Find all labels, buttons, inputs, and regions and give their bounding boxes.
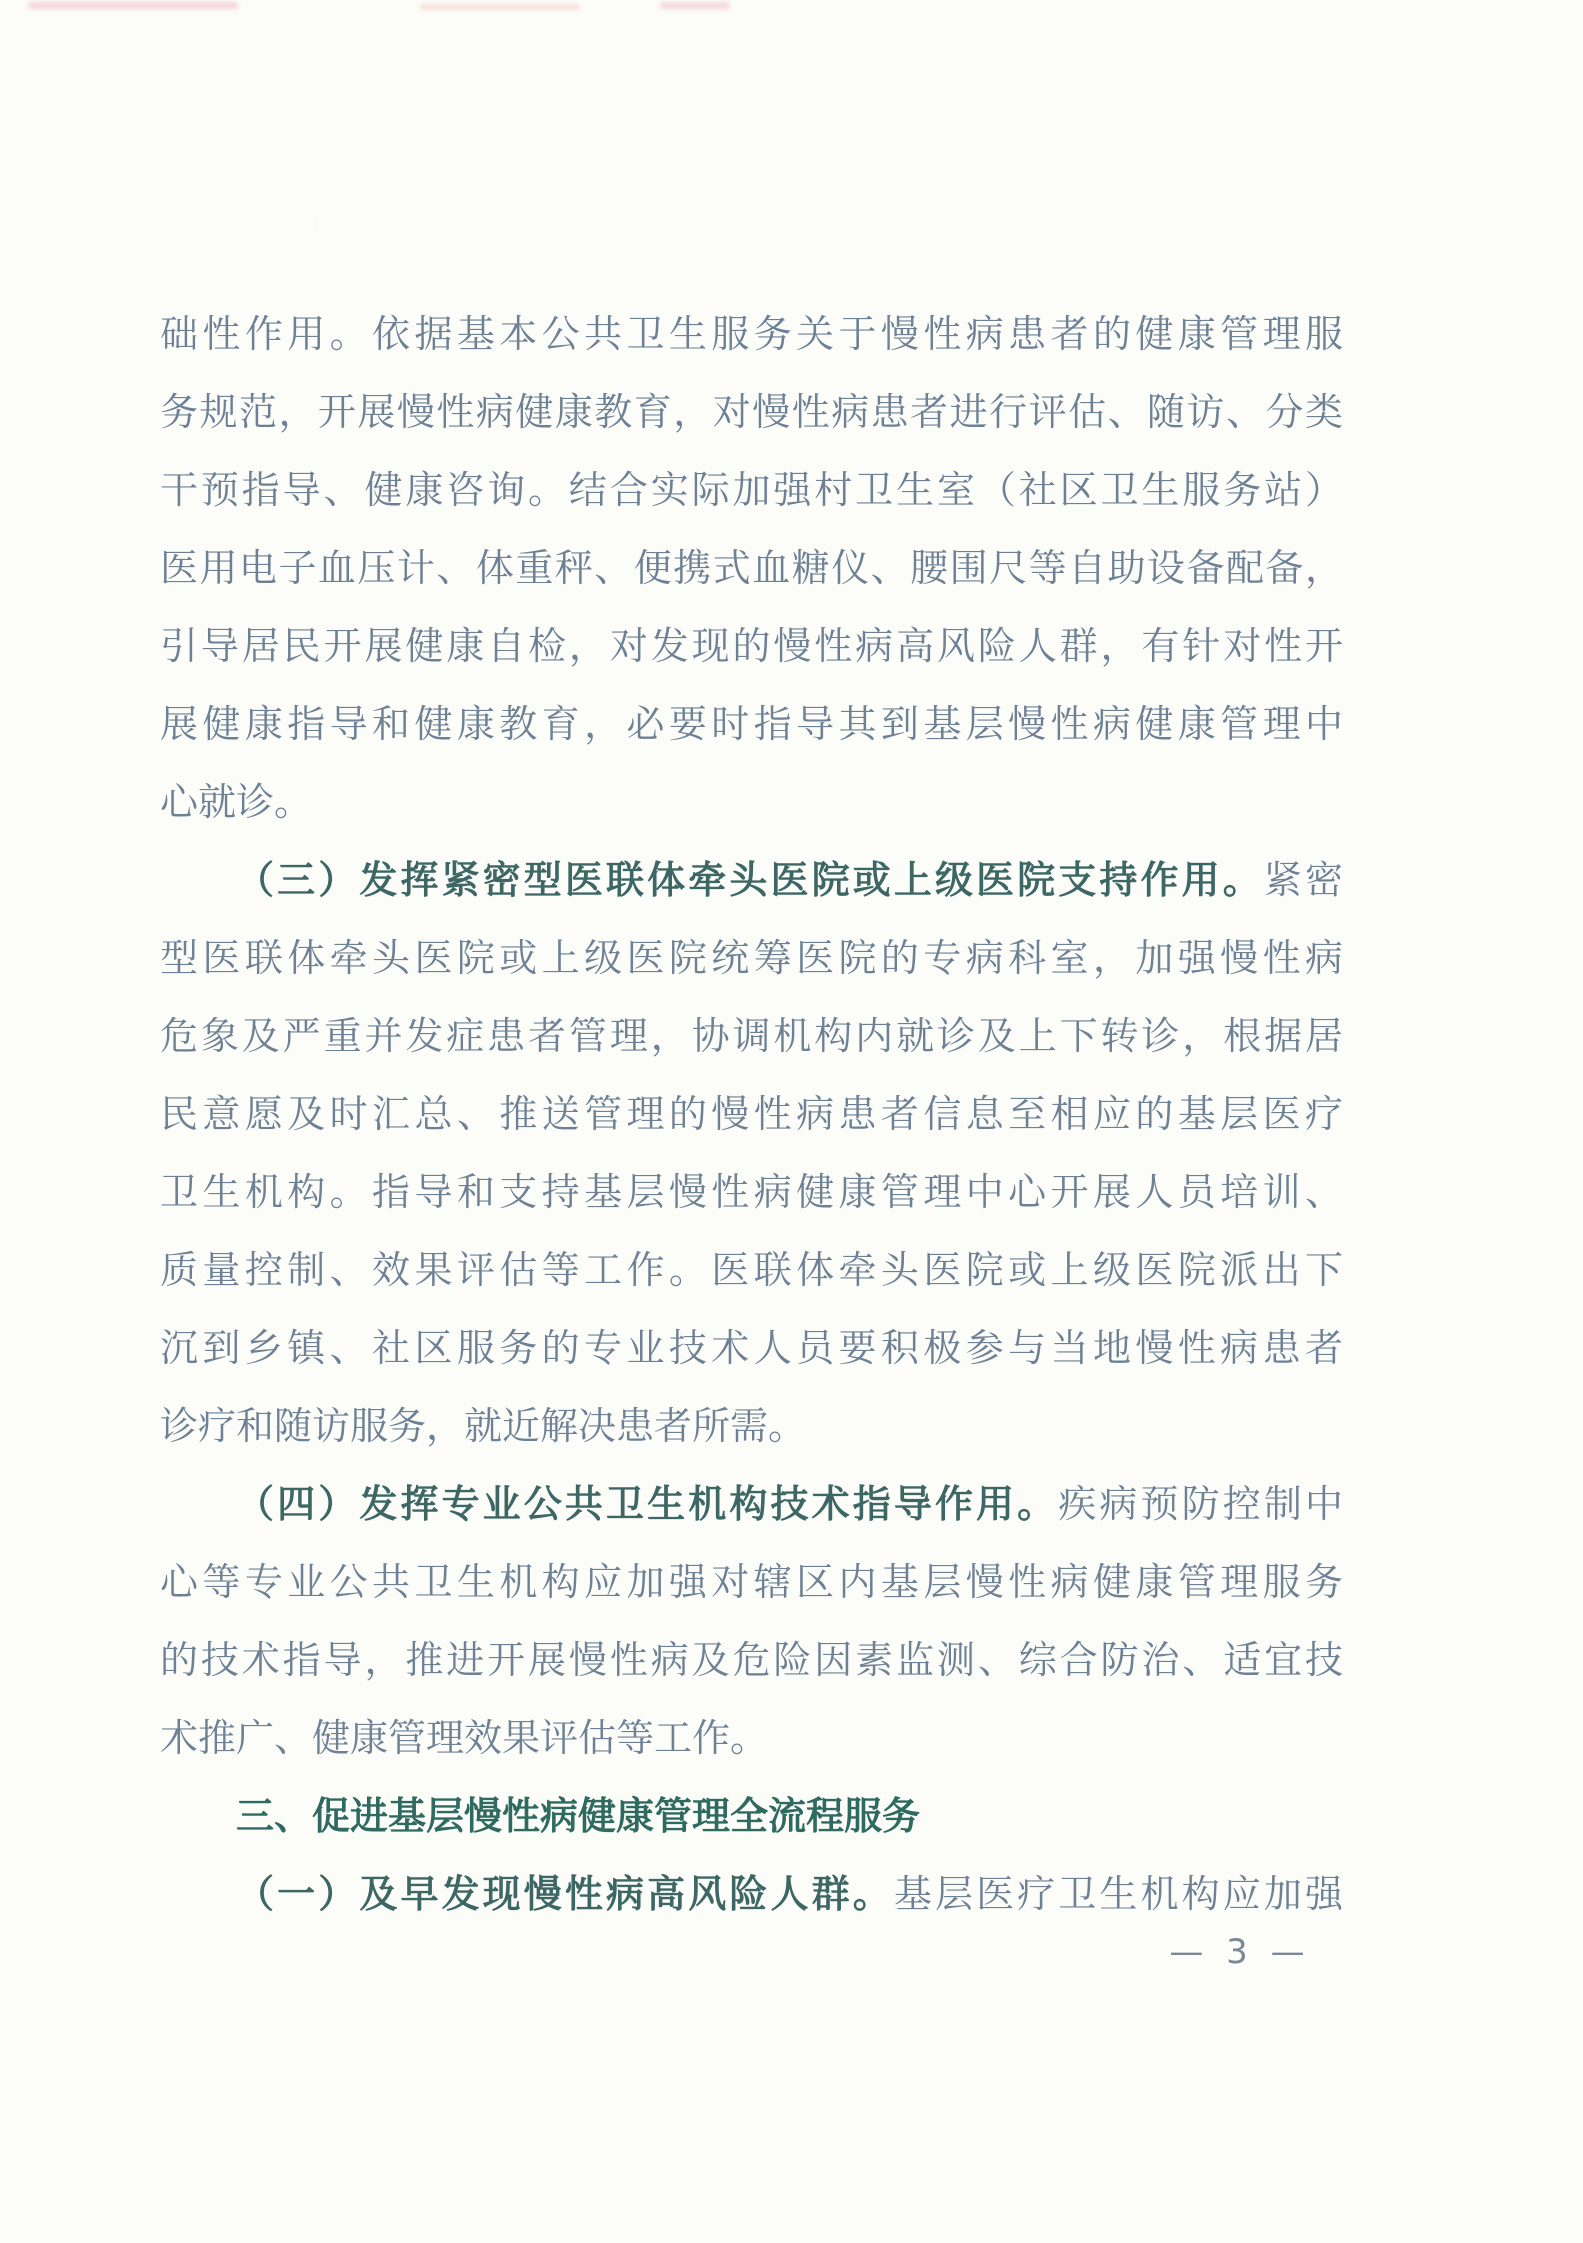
body-line: 展健康指导和健康教育，必要时指导其到基层慢性病健康管理中 bbox=[160, 685, 1343, 763]
paragraph-heading-line: （三）发挥紧密型医联体牵头医院或上级医院支持作用。紧密 bbox=[160, 841, 1343, 919]
bold-run: 三、促进基层慢性病健康管理全流程服务 bbox=[236, 1794, 920, 1838]
text-run: 干预指导、健康咨询。结合实际加强村卫生室（社区卫生服务站） bbox=[160, 468, 1343, 512]
body-line: 心等专业公共卫生机构应加强对辖区内基层慢性病健康管理服务 bbox=[160, 1543, 1343, 1621]
body-line: 础性作用。依据基本公共卫生服务关于慢性病患者的健康管理服 bbox=[160, 295, 1343, 373]
text-run: 危象及严重并发症患者管理，协调机构内就诊及上下转诊，根据居 bbox=[160, 1014, 1343, 1058]
text-run: 疾病预防控制中 bbox=[1058, 1482, 1343, 1526]
document-text-block: 础性作用。依据基本公共卫生服务关于慢性病患者的健康管理服 务规范，开展慢性病健康… bbox=[160, 295, 1343, 1933]
bold-run: （四）发挥专业公共卫生机构技术指导作用。 bbox=[236, 1482, 1058, 1526]
text-run: 卫生机构。指导和支持基层慢性病健康管理中心开展人员培训、 bbox=[160, 1170, 1343, 1214]
text-run: 础性作用。依据基本公共卫生服务关于慢性病患者的健康管理服 bbox=[160, 312, 1343, 356]
scan-artifact bbox=[28, 2, 238, 9]
text-run: 诊疗和随访服务，就近解决患者所需。 bbox=[160, 1404, 806, 1448]
body-line: 诊疗和随访服务，就近解决患者所需。 bbox=[160, 1387, 1343, 1465]
text-run: 民意愿及时汇总、推送管理的慢性病患者信息至相应的基层医疗 bbox=[160, 1092, 1343, 1136]
body-line: 民意愿及时汇总、推送管理的慢性病患者信息至相应的基层医疗 bbox=[160, 1075, 1343, 1153]
page-number: — 3 — bbox=[1130, 1922, 1350, 1982]
text-run: 型医联体牵头医院或上级医院统筹医院的专病科室，加强慢性病 bbox=[160, 936, 1343, 980]
bold-run: （一）及早发现慢性病高风险人群。 bbox=[236, 1872, 894, 1916]
scan-artifact bbox=[420, 4, 580, 10]
body-line: 卫生机构。指导和支持基层慢性病健康管理中心开展人员培训、 bbox=[160, 1153, 1343, 1231]
body-line: 危象及严重并发症患者管理，协调机构内就诊及上下转诊，根据居 bbox=[160, 997, 1343, 1075]
body-line: 沉到乡镇、社区服务的专业技术人员要积极参与当地慢性病患者 bbox=[160, 1309, 1343, 1387]
text-run: 质量控制、效果评估等工作。医联体牵头医院或上级医院派出下 bbox=[160, 1248, 1343, 1292]
body-line: 型医联体牵头医院或上级医院统筹医院的专病科室，加强慢性病 bbox=[160, 919, 1343, 997]
text-run: 引导居民开展健康自检，对发现的慢性病高风险人群，有针对性开 bbox=[160, 624, 1343, 668]
body-line: 干预指导、健康咨询。结合实际加强村卫生室（社区卫生服务站） bbox=[160, 451, 1343, 529]
text-run: 心就诊。 bbox=[160, 780, 312, 824]
scan-artifact bbox=[660, 2, 730, 9]
body-line: 术推广、健康管理效果评估等工作。 bbox=[160, 1699, 1343, 1777]
body-line: 心就诊。 bbox=[160, 763, 1343, 841]
body-line: 引导居民开展健康自检，对发现的慢性病高风险人群，有针对性开 bbox=[160, 607, 1343, 685]
section-heading: 三、促进基层慢性病健康管理全流程服务 bbox=[160, 1777, 1343, 1855]
body-line: 质量控制、效果评估等工作。医联体牵头医院或上级医院派出下 bbox=[160, 1231, 1343, 1309]
text-run: 心等专业公共卫生机构应加强对辖区内基层慢性病健康管理服务 bbox=[160, 1560, 1343, 1604]
text-run: 沉到乡镇、社区服务的专业技术人员要积极参与当地慢性病患者 bbox=[160, 1326, 1343, 1370]
text-run: 展健康指导和健康教育，必要时指导其到基层慢性病健康管理中 bbox=[160, 702, 1343, 746]
bold-run: （三）发挥紧密型医联体牵头医院或上级医院支持作用。 bbox=[236, 858, 1264, 902]
body-line: 医用电子血压计、体重秤、便携式血糖仪、腰围尺等自助设备配备， bbox=[160, 529, 1343, 607]
text-run: 的技术指导，推进开展慢性病及危险因素监测、综合防治、适宜技 bbox=[160, 1638, 1343, 1682]
body-line: 务规范，开展慢性病健康教育，对慢性病患者进行评估、随访、分类 bbox=[160, 373, 1343, 451]
body-line: 的技术指导，推进开展慢性病及危险因素监测、综合防治、适宜技 bbox=[160, 1621, 1343, 1699]
text-run: 医用电子血压计、体重秤、便携式血糖仪、腰围尺等自助设备配备， bbox=[160, 546, 1343, 590]
scanned-document-page: 础性作用。依据基本公共卫生服务关于慢性病患者的健康管理服 务规范，开展慢性病健康… bbox=[0, 0, 1583, 2243]
text-run: 术推广、健康管理效果评估等工作。 bbox=[160, 1716, 768, 1760]
paragraph-heading-line: （四）发挥专业公共卫生机构技术指导作用。疾病预防控制中 bbox=[160, 1465, 1343, 1543]
text-run: 紧密 bbox=[1264, 858, 1343, 902]
text-run: 基层医疗卫生机构应加强 bbox=[894, 1872, 1343, 1916]
text-run: 务规范，开展慢性病健康教育，对慢性病患者进行评估、随访、分类 bbox=[160, 390, 1343, 434]
